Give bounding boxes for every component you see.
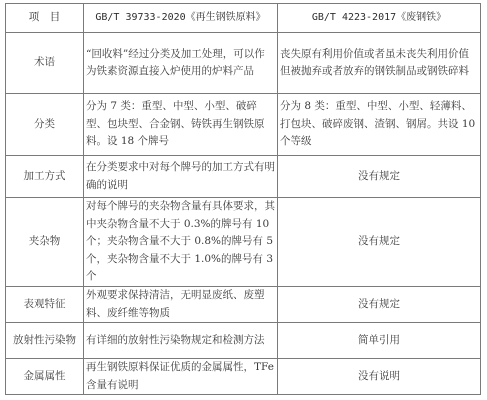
row-label: 表观特征 [6, 287, 84, 323]
table-row-appearance: 表观特征 外观要求保持清洁，无明显废纸、废塑料、废纤维等物质 没有规定 [6, 287, 481, 323]
cell-gb-t-4223: 丧失原有利用价值或者虽未丧失利用价值但被抛弃或者放弃的钢铁制品或钢铁碎料 [278, 33, 481, 94]
header-gb-t-39733: GB/T 39733-2020《再生钢铁原料》 [84, 4, 278, 33]
cell-gb-t-4223: 没有规定 [278, 287, 481, 323]
cell-gb-t-4223: 没有规定 [278, 198, 481, 287]
cell-gb-t-39733: 有详细的放射性污染物规定和检测方法 [84, 323, 278, 359]
comparison-table: 项 目 GB/T 39733-2020《再生钢铁原料》 GB/T 4223-20… [5, 3, 481, 395]
cell-gb-t-4223: 没有规定 [278, 156, 481, 198]
row-label: 金属属性 [6, 359, 84, 395]
cell-gb-t-4223: 没有说明 [278, 359, 481, 395]
cell-gb-t-39733: 外观要求保持清洁，无明显废纸、废塑料、废纤维等物质 [84, 287, 278, 323]
row-label: 放射性污染物 [6, 323, 84, 359]
table-row-radioactive-contaminants: 放射性污染物 有详细的放射性污染物规定和检测方法 简单引用 [6, 323, 481, 359]
table-row-classification: 分类 分为 7 类：重型、中型、小型、破碎型、包块型、合金钢、铸铁再生钢铁原料。… [6, 94, 481, 156]
row-label: 夹杂物 [6, 198, 84, 287]
table-row-terminology: 术语 “回收料”经过分类及加工处理，可以作为铁素资源直接入炉使用的炉料产品 丧失… [6, 33, 481, 94]
cell-gb-t-4223: 简单引用 [278, 323, 481, 359]
header-item: 项 目 [6, 4, 84, 33]
cell-gb-t-39733: 对每个牌号的夹杂物含量有具体要求，其中夹杂物含量不大于 0.3%的牌号有 10 … [84, 198, 278, 287]
cell-gb-t-4223: 分为 8 类：重型、中型、小型、轻薄料、打包块、破碎废钢、渣钢、钢屑。共设 10… [278, 94, 481, 156]
row-label: 分类 [6, 94, 84, 156]
cell-gb-t-39733: 分为 7 类：重型、中型、小型、破碎型、包块型、合金钢、铸铁再生钢铁原料。设 1… [84, 94, 278, 156]
header-gb-t-4223: GB/T 4223-2017《废钢铁》 [278, 4, 481, 33]
table-row-processing-method: 加工方式 在分类要求中对每个牌号的加工方式有明确的说明 没有规定 [6, 156, 481, 198]
table-row-inclusions: 夹杂物 对每个牌号的夹杂物含量有具体要求，其中夹杂物含量不大于 0.3%的牌号有… [6, 198, 481, 287]
table-row-metal-properties: 金属属性 再生钢铁原料保证优质的金属属性，TFe 含量有说明 没有说明 [6, 359, 481, 395]
cell-gb-t-39733: 在分类要求中对每个牌号的加工方式有明确的说明 [84, 156, 278, 198]
row-label: 加工方式 [6, 156, 84, 198]
header-row: 项 目 GB/T 39733-2020《再生钢铁原料》 GB/T 4223-20… [6, 4, 481, 33]
cell-gb-t-39733: 再生钢铁原料保证优质的金属属性，TFe 含量有说明 [84, 359, 278, 395]
cell-gb-t-39733: “回收料”经过分类及加工处理，可以作为铁素资源直接入炉使用的炉料产品 [84, 33, 278, 94]
row-label: 术语 [6, 33, 84, 94]
